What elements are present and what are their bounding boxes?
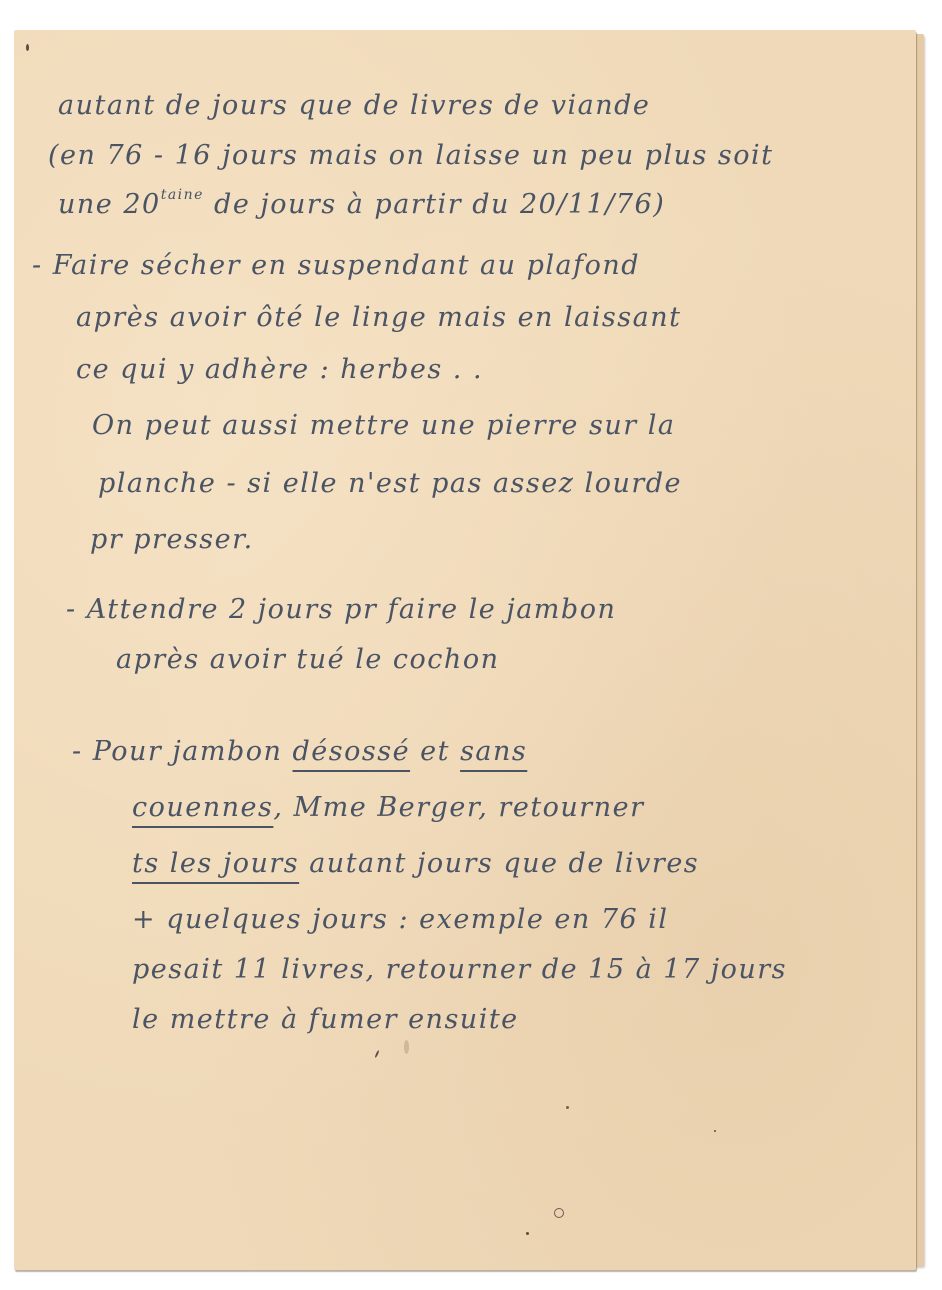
underlined-word: couennes <box>132 792 273 823</box>
text-line-16: pesait 11 livres, retourner de 15 à 17 j… <box>132 956 787 983</box>
text-line-9: pr presser. <box>90 526 254 553</box>
text-fragment: , Mme Berger, retourner <box>273 792 644 823</box>
text-line-12: - Pour jambon désossé et sans <box>72 738 527 765</box>
ink-speck <box>26 44 29 51</box>
text-line-1: autant de jours que de livres de viande <box>58 92 650 119</box>
underlined-word: désossé <box>293 736 411 767</box>
underlined-word: ts les jours <box>132 848 299 879</box>
text-line-7: On peut aussi mettre une pierre sur la <box>92 412 675 439</box>
text-line-2: (en 76 - 16 jours mais on laisse un peu … <box>48 142 774 169</box>
text-line-8: planche - si elle n'est pas assez lourde <box>98 470 682 497</box>
handwritten-text: autant de jours que de livres de viande … <box>14 30 916 1270</box>
ink-speck <box>714 1130 716 1132</box>
paper-sheet: autant de jours que de livres de viande … <box>14 30 916 1270</box>
text-line-4: - Faire sécher en suspendant au plafond <box>32 252 640 279</box>
text-line-13: couennes, Mme Berger, retourner <box>132 794 645 821</box>
text-line-5: après avoir ôté le linge mais en laissan… <box>76 304 681 331</box>
ink-speck <box>566 1106 569 1109</box>
text-line-15: + quelques jours : exemple en 76 il <box>132 906 669 933</box>
superscript: taine <box>161 187 204 203</box>
ink-speck <box>554 1208 564 1218</box>
text-line-11: après avoir tué le cochon <box>116 646 499 673</box>
ink-speck <box>526 1232 529 1235</box>
text-fragment: une 20 <box>58 189 161 220</box>
text-fragment: - Pour jambon <box>72 736 293 767</box>
text-line-17: le mettre à fumer ensuite <box>132 1006 519 1033</box>
text-fragment: de jours à partir du 20/11/76) <box>204 189 665 220</box>
text-line-6: ce qui y adhère : herbes . . <box>76 356 483 383</box>
text-fragment: autant jours que de livres <box>299 848 699 879</box>
text-fragment: et <box>410 736 460 767</box>
text-line-3: une 20taine de jours à partir du 20/11/7… <box>58 188 665 218</box>
text-line-14: ts les jours autant jours que de livres <box>132 850 699 877</box>
stain-mark <box>404 1040 409 1054</box>
text-line-10: - Attendre 2 jours pr faire le jambon <box>66 596 616 623</box>
underlined-word: sans <box>460 736 527 767</box>
